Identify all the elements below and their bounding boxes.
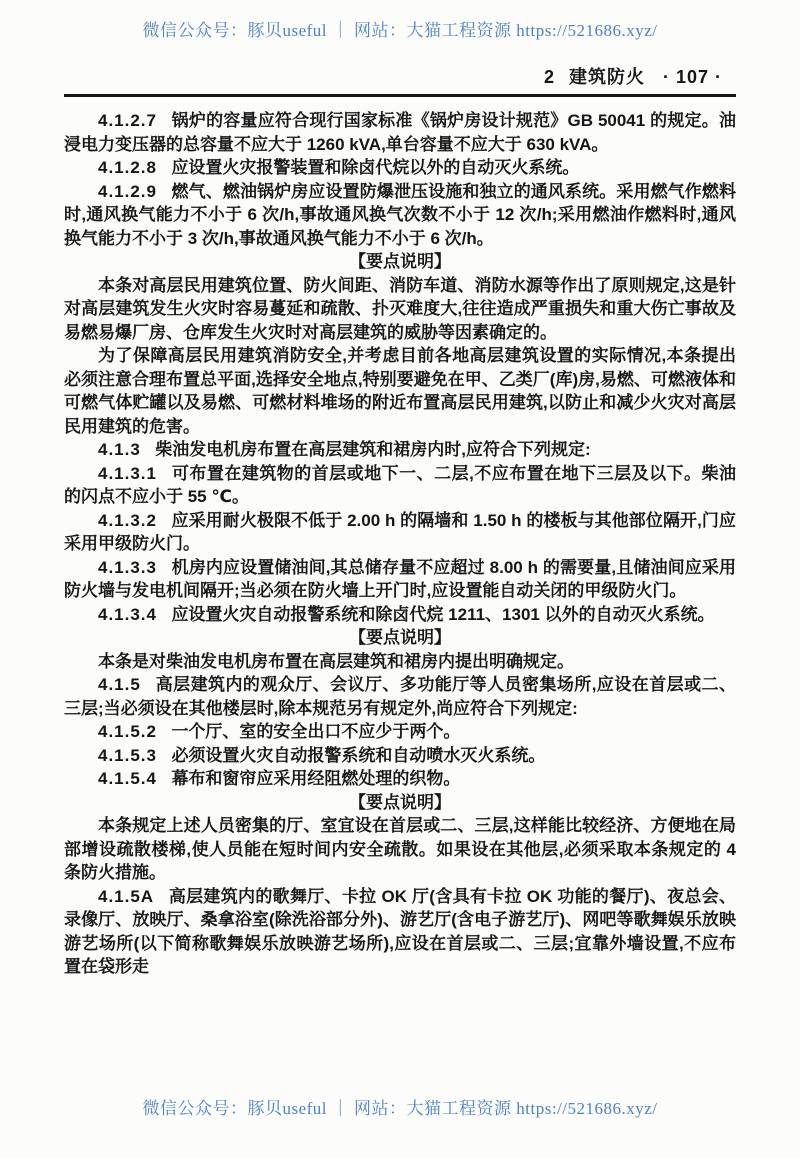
watermark-top: 微信公众号：豚贝useful ｜ 网站：大猫工程资源 https://52168… (0, 0, 800, 41)
commentary-paragraph: 本条规定上述人员密集的厅、室宜设在首层或二、三层,这样能比较经济、方便地在局部增… (64, 814, 736, 885)
chapter-number: 2 (544, 67, 555, 87)
document-body: 4.1.2.7锅炉的容量应符合现行国家标准《锅炉房设计规范》GB 50041 的… (64, 109, 736, 979)
clause-4-1-2-8: 4.1.2.8应设置火灾报警装置和除卤代烷以外的自动灭火系统。 (64, 156, 736, 180)
clause-4-1-2-7: 4.1.2.7锅炉的容量应符合现行国家标准《锅炉房设计规范》GB 50041 的… (64, 109, 736, 156)
clause-text: 必须设置火灾自动报警系统和自动喷水灭火系统。 (171, 746, 545, 765)
commentary-paragraph: 为了保障高层民用建筑消防安全,并考虑目前各地高层建筑设置的实际情况,本条提出必须… (64, 344, 736, 438)
clause-4-1-3-4: 4.1.3.4应设置火灾自动报警系统和除卤代烷 1211、1301 以外的自动灭… (64, 603, 736, 627)
clause-text: 一个厅、室的安全出口不应少于两个。 (171, 722, 460, 741)
clause-number: 4.1.2.9 (98, 182, 157, 201)
commentary-paragraph: 本条对高层民用建筑位置、防火间距、消防车道、消防水源等作出了原则规定,这是针对高… (64, 274, 736, 345)
watermark-bottom: 微信公众号：豚贝useful ｜ 网站：大猫工程资源 https://52168… (0, 1094, 800, 1119)
clause-4-1-2-9: 4.1.2.9燃气、燃油锅炉房应设置防爆泄压设施和独立的通风系统。采用燃气作燃料… (64, 180, 736, 251)
page-number: · 107 · (663, 67, 722, 87)
clause-4-1-3-1: 4.1.3.1可布置在建筑物的首层或地下一、二层,不应布置在地下三层及以下。柴油… (64, 462, 736, 509)
clause-text: 可布置在建筑物的首层或地下一、二层,不应布置在地下三层及以下。柴油的闪点不应小于… (64, 464, 736, 507)
clause-number: 4.1.3.3 (98, 558, 157, 577)
clause-text: 燃气、燃油锅炉房应设置防爆泄压设施和独立的通风系统。采用燃气作燃料时,通风换气能… (64, 182, 736, 248)
key-points-heading: 【要点说明】 (64, 626, 736, 650)
clause-text: 高层建筑内的观众厅、会议厅、多功能厅等人员密集场所,应设在首层或二、三层;当必须… (64, 675, 736, 718)
clause-text: 柴油发电机房布置在高层建筑和裙房内时,应符合下列规定: (155, 440, 590, 459)
page-header: 2建筑防火· 107 · (64, 63, 736, 89)
commentary-paragraph: 本条是对柴油发电机房布置在高层建筑和裙房内提出明确规定。 (64, 650, 736, 674)
clause-4-1-5-4: 4.1.5.4幕布和窗帘应采用经阻燃处理的织物。 (64, 767, 736, 791)
page-content: 2建筑防火· 107 · 4.1.2.7锅炉的容量应符合现行国家标准《锅炉房设计… (64, 63, 736, 979)
clause-4-1-5A: 4.1.5A高层建筑内的歌舞厅、卡拉 OK 厅(含具有卡拉 OK 功能的餐厅)、… (64, 885, 736, 979)
clause-number: 4.1.3 (98, 440, 141, 459)
clause-number: 4.1.2.8 (98, 158, 157, 177)
clause-number: 4.1.3.1 (98, 464, 157, 483)
key-points-heading: 【要点说明】 (64, 791, 736, 815)
clause-text: 机房内应设置储油间,其总储存量不应超过 8.00 h 的需要量,且储油间应采用防… (64, 558, 736, 601)
key-points-heading: 【要点说明】 (64, 250, 736, 274)
clause-number: 4.1.5.4 (98, 769, 157, 788)
clause-text: 幕布和窗帘应采用经阻燃处理的织物。 (171, 769, 460, 788)
clause-number: 4.1.3.2 (98, 511, 157, 530)
clause-4-1-5-3: 4.1.5.3必须设置火灾自动报警系统和自动喷水灭火系统。 (64, 744, 736, 768)
clause-number: 4.1.5A (98, 887, 154, 906)
clause-number: 4.1.5.3 (98, 746, 157, 765)
clause-4-1-5: 4.1.5高层建筑内的观众厅、会议厅、多功能厅等人员密集场所,应设在首层或二、三… (64, 673, 736, 720)
clause-number: 4.1.3.4 (98, 605, 157, 624)
chapter-title: 建筑防火 (569, 67, 645, 87)
clause-text: 锅炉的容量应符合现行国家标准《锅炉房设计规范》GB 50041 的规定。油浸电力… (64, 111, 736, 154)
clause-number: 4.1.2.7 (98, 111, 157, 130)
clause-4-1-3-2: 4.1.3.2应采用耐火极限不低于 2.00 h 的隔墙和 1.50 h 的楼板… (64, 509, 736, 556)
clause-4-1-5-2: 4.1.5.2一个厅、室的安全出口不应少于两个。 (64, 720, 736, 744)
header-rule (64, 94, 736, 97)
clause-text: 应设置火灾报警装置和除卤代烷以外的自动灭火系统。 (171, 158, 579, 177)
clause-4-1-3: 4.1.3柴油发电机房布置在高层建筑和裙房内时,应符合下列规定: (64, 438, 736, 462)
clause-number: 4.1.5.2 (98, 722, 157, 741)
clause-4-1-3-3: 4.1.3.3机房内应设置储油间,其总储存量不应超过 8.00 h 的需要量,且… (64, 556, 736, 603)
clause-text: 应采用耐火极限不低于 2.00 h 的隔墙和 1.50 h 的楼板与其他部位隔开… (64, 511, 736, 554)
clause-text: 应设置火灾自动报警系统和除卤代烷 1211、1301 以外的自动灭火系统。 (171, 605, 714, 624)
clause-text: 高层建筑内的歌舞厅、卡拉 OK 厅(含具有卡拉 OK 功能的餐厅)、夜总会、录像… (64, 887, 736, 977)
clause-number: 4.1.5 (98, 675, 141, 694)
